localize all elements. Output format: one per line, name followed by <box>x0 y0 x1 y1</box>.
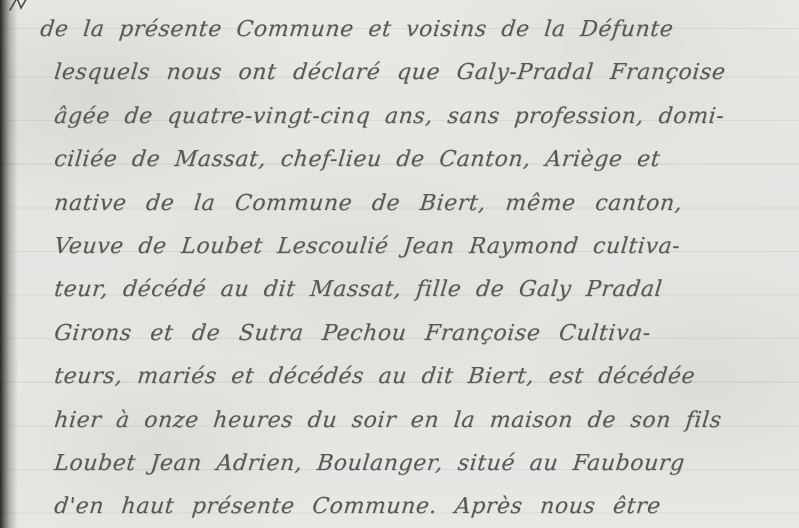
handwritten-line: Loubet Jean Adrien, Boulanger, situé au … <box>0 442 799 485</box>
handwritten-line: Veuve de Loubet Lescoulié Jean Raymond c… <box>0 225 799 268</box>
scanned-register-page: de la présente Commune et voisins de la … <box>0 0 799 528</box>
handwritten-line: teurs, mariés et décédés au dit Biert, e… <box>0 355 799 398</box>
handwritten-line: âgée de quatre-vingt-cinq ans, sans prof… <box>0 95 799 138</box>
scan-edge-shadow <box>0 0 18 528</box>
handwritten-line: native de la Commune de Biert, même cant… <box>0 182 799 225</box>
handwritten-line: ciliée de Massat, chef-lieu de Canton, A… <box>0 138 799 181</box>
handwritten-text-block: de la présente Commune et voisins de la … <box>0 8 799 528</box>
handwritten-line: d'en haut présente Commune. Après nous ê… <box>0 485 799 528</box>
handwritten-line: teur, décédé au dit Massat, fille de Gal… <box>0 268 799 311</box>
handwritten-line: lesquels nous ont déclaré que Galy-Prada… <box>0 51 799 94</box>
handwritten-line: hier à onze heures du soir en la maison … <box>0 399 799 442</box>
handwritten-line: Girons et de Sutra Pechou Françoise Cult… <box>0 312 799 355</box>
handwritten-line: de la présente Commune et voisins de la … <box>0 8 799 51</box>
